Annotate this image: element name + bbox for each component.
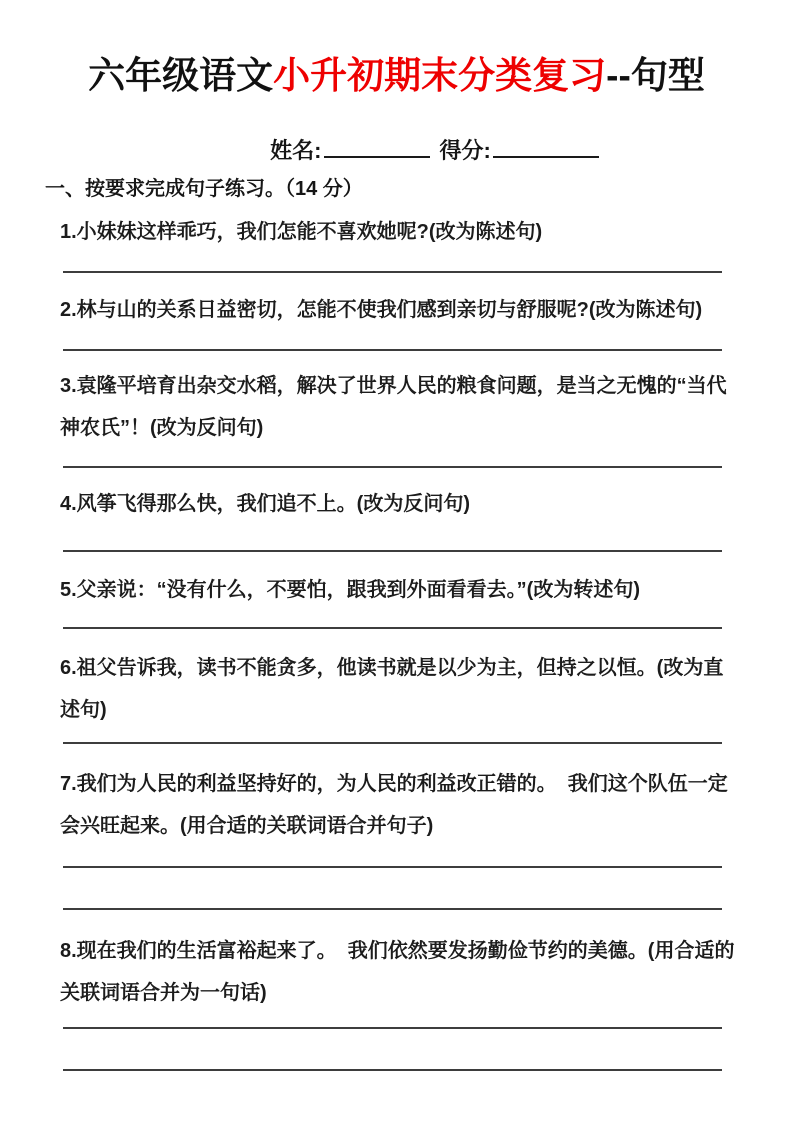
question-text-4: 4.风筝飞得那么快，我们追不上。(改为反问句) xyxy=(60,483,737,525)
question-text-3: 3.袁隆平培育出杂交水稻，解决了世界人民的粮食问题，是当之无愧的“当代神农氏”！… xyxy=(60,365,737,449)
title-part-grade-subject: 六年级语文 xyxy=(88,55,273,96)
question-text-7: 7.我们为人民的利益坚持好的，为人民的利益改正错的。 我们这个队伍一定会兴旺起来… xyxy=(60,763,737,847)
name-label: 姓名: xyxy=(270,138,321,163)
answer-line xyxy=(63,1069,722,1071)
title-part-sentence-type: --句型 xyxy=(606,55,705,96)
answer-line xyxy=(63,627,722,629)
worksheet-page: 六年级语文小升初期末分类复习--句型 姓名:得分: 一、按要求完成句子练习。（1… xyxy=(0,0,793,1121)
answer-line xyxy=(63,908,722,910)
question-text-5: 5.父亲说：“没有什么，不要怕，跟我到外面看看去。”(改为转述句) xyxy=(60,569,737,611)
answer-line xyxy=(63,1027,722,1029)
question-text-1: 1.小妹妹这样乖巧，我们怎能不喜欢她呢?(改为陈述句) xyxy=(60,211,737,253)
answer-line xyxy=(63,349,722,351)
score-blank xyxy=(493,134,599,158)
name-blank xyxy=(324,134,430,158)
question-text-8: 8.现在我们的生活富裕起来了。 我们依然要发扬勤俭节约的美德。(用合适的关联词语… xyxy=(60,930,737,1014)
section-heading: 一、按要求完成句子练习。（14 分） xyxy=(45,175,753,203)
page-title: 六年级语文小升初期末分类复习--句型 xyxy=(0,52,793,100)
title-part-review-topic: 小升初期末分类复习 xyxy=(273,55,606,96)
question-text-6: 6.祖父告诉我，读书不能贪多，他读书就是以少为主，但持之以恒。(改为直述句) xyxy=(60,647,737,731)
score-label: 得分: xyxy=(440,138,491,163)
name-score-row: 姓名:得分: xyxy=(0,134,793,167)
answer-line xyxy=(63,742,722,744)
answer-line xyxy=(63,550,722,552)
answer-line xyxy=(63,466,722,468)
answer-line xyxy=(63,866,722,868)
answer-line xyxy=(63,271,722,273)
question-text-2: 2.林与山的关系日益密切，怎能不使我们感到亲切与舒服呢?(改为陈述句) xyxy=(60,289,737,331)
